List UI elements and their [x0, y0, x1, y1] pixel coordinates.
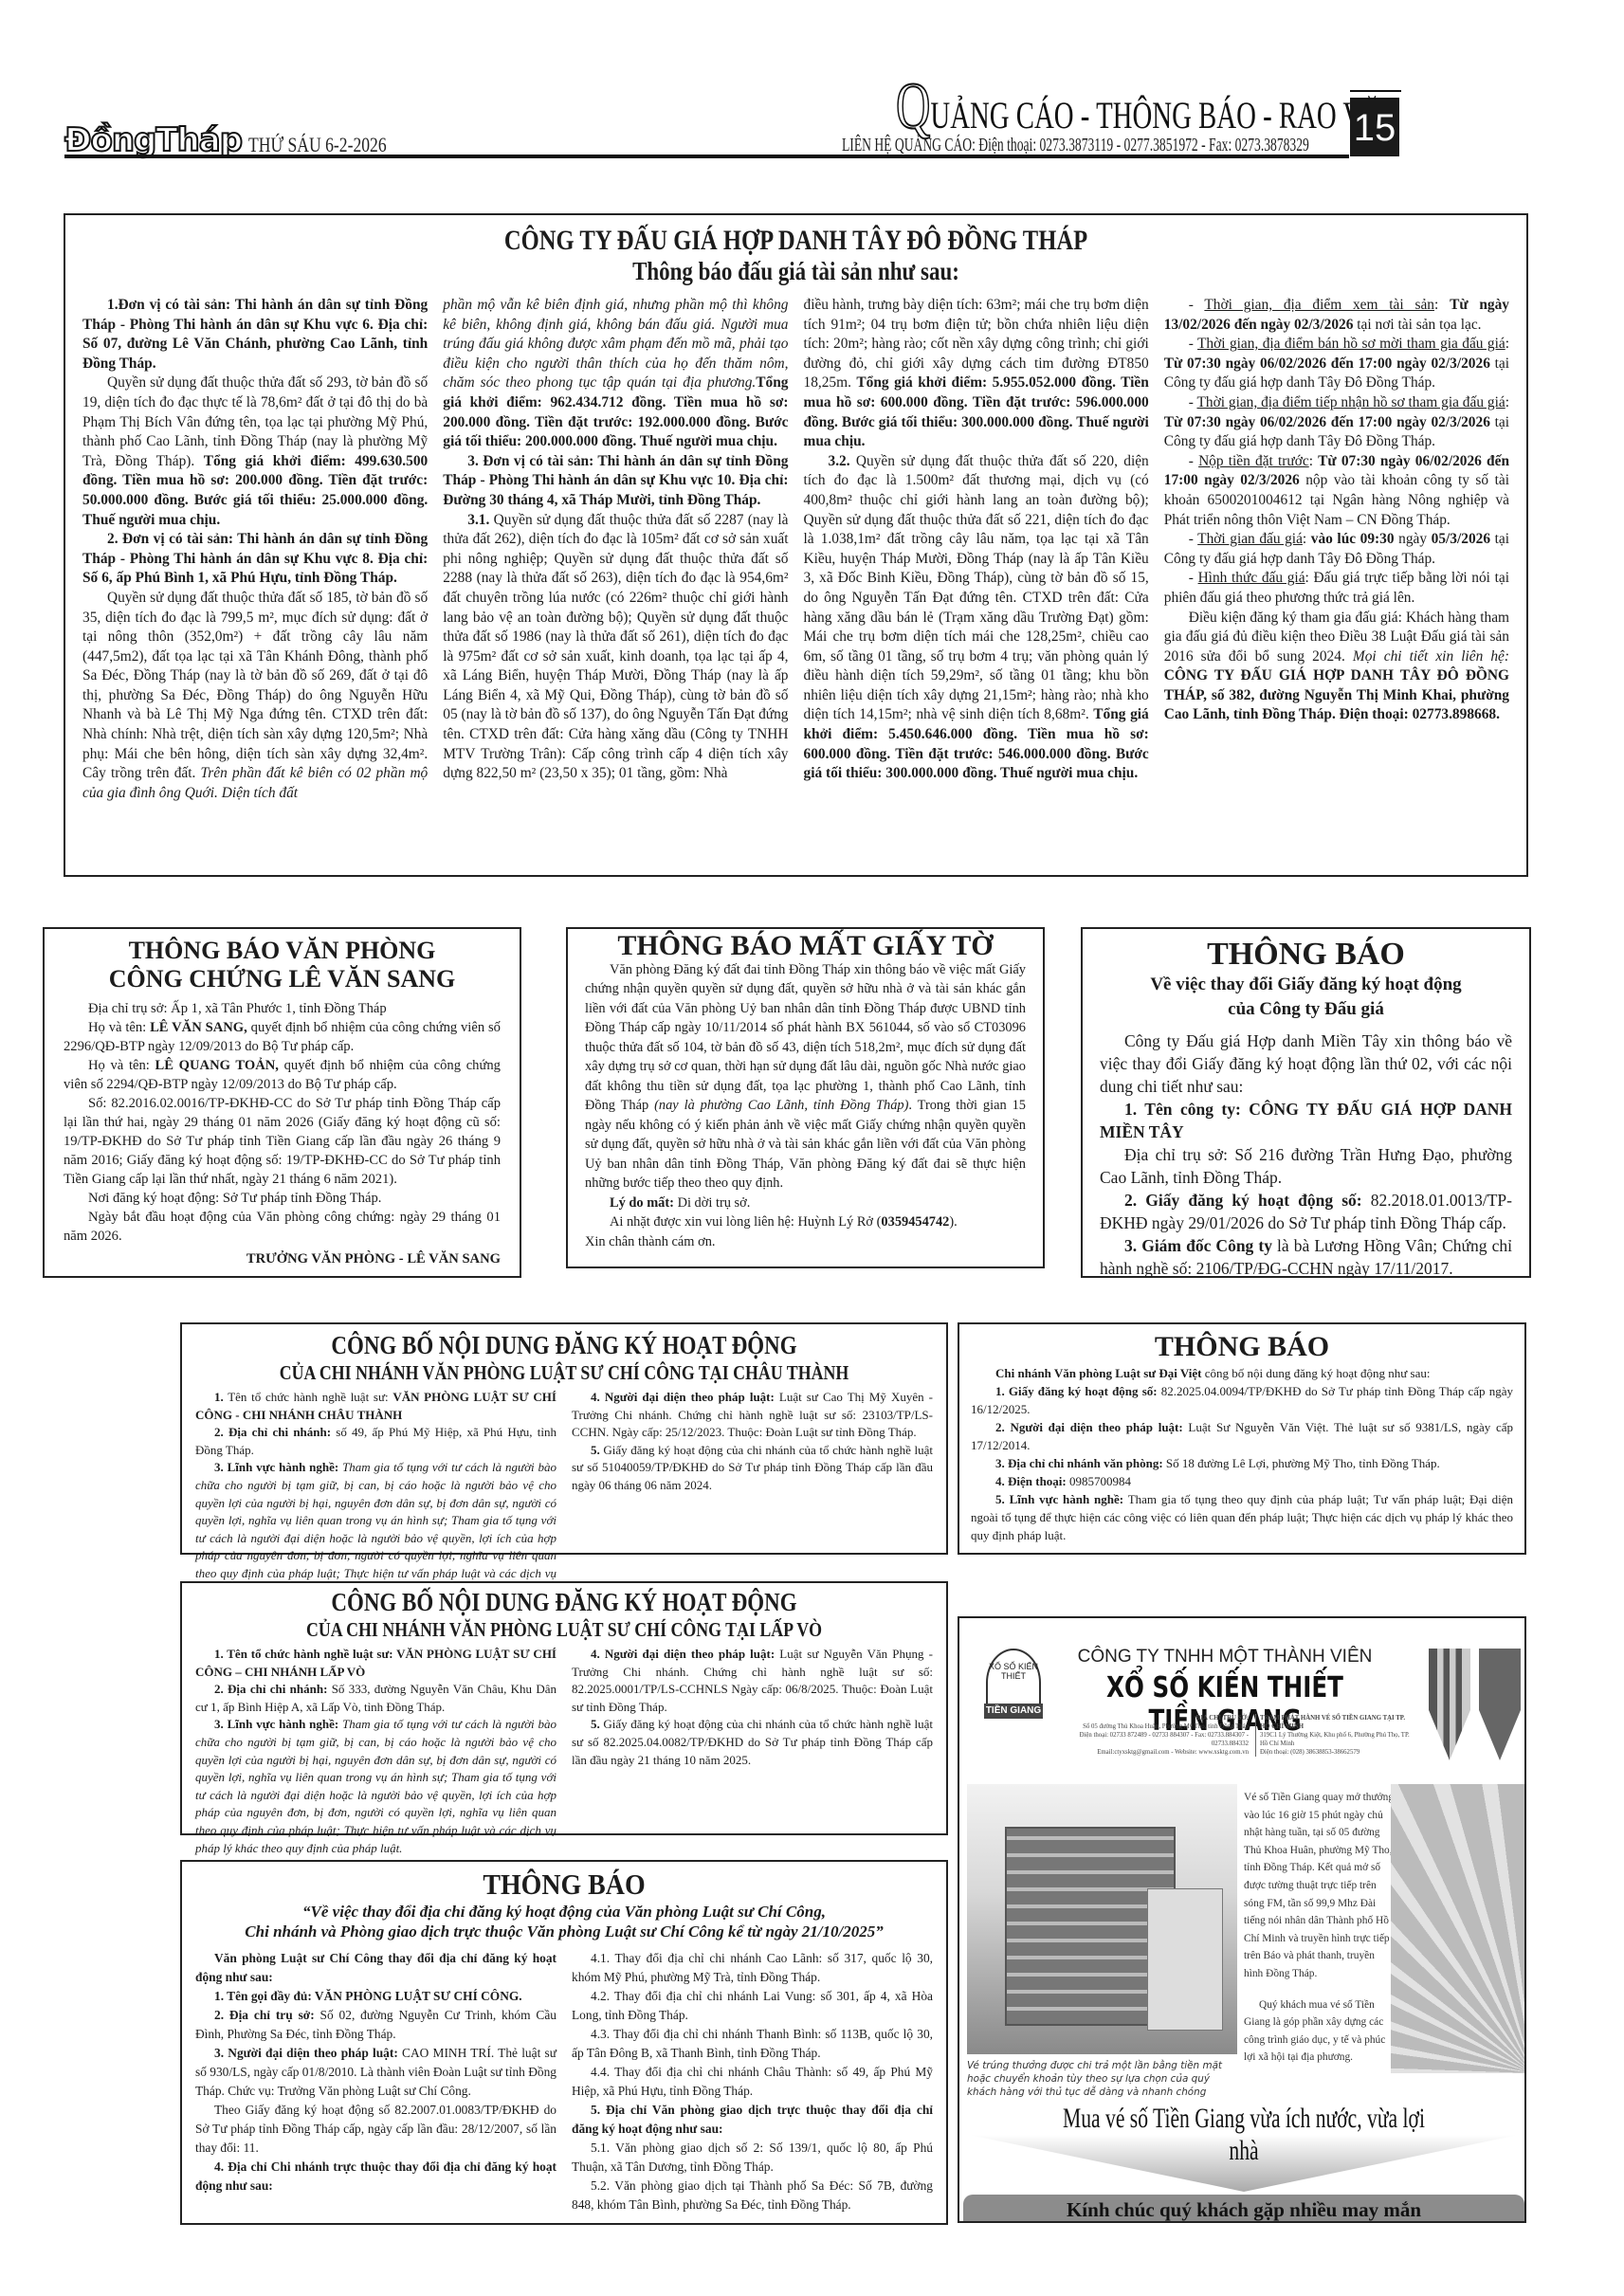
- auction-col-4: - Thời gian, địa điểm xem tài sản: Từ ng…: [1164, 296, 1509, 803]
- hq-address: Số 05 đường Thủ Khoa Huân, Phường Mỹ Tho…: [1064, 1722, 1249, 1731]
- lottery-body: Vé số Tiền Giang quay mở thưởng vào lúc …: [1244, 1789, 1396, 2067]
- change-subtitle-1: Về việc thay đổi Giấy đăng ký hoạt động: [1150, 975, 1461, 994]
- asset-3-1-continued: điều hành, trưng bày diện tích: 63m²; má…: [804, 296, 1149, 452]
- chau-thanh-title: CÔNG BỐ NỘI DUNG ĐĂNG KÝ HOẠT ĐỘNG: [250, 1330, 877, 1360]
- lv-item-5: 5. Giấy đăng ký hoạt động của chi nhánh …: [572, 1716, 933, 1769]
- cc-branch-chau-thanh: 4.4. Thay đổi địa chỉ chi nhánh Châu Thà…: [572, 2063, 933, 2101]
- cc-item-2: 2. Địa chỉ trụ sở: Số 02, đường Nguyễn C…: [195, 2006, 557, 2044]
- change-director: 3. Giám đốc Công ty là bà Lương Hồng Vân…: [1100, 1234, 1512, 1280]
- auction-col-3: điều hành, trưng bày diện tích: 63m²; má…: [804, 296, 1149, 803]
- auction-time: - Thời gian đấu giá: vào lúc 09:30 ngày …: [1164, 530, 1509, 569]
- cc-item-4: 4. Địa chỉ Chi nhánh trực thuộc thay đổi…: [195, 2158, 557, 2196]
- lottery-slogan: Mua vé số Tiền Giang vừa ích nước, vừa l…: [1046, 2103, 1442, 2167]
- chi-cong-address-change-notice: THÔNG BÁO “Về việc thay đổi địa chỉ đăng…: [180, 1860, 948, 2225]
- asset-3-2-label: 3.2.: [829, 453, 850, 469]
- auction-company-change-notice: THÔNG BÁO Về việc thay đổi Giấy đăng ký …: [1081, 927, 1531, 1278]
- dossier-receipt-schedule: - Thời gian, địa điểm tiếp nhận hồ sơ th…: [1164, 393, 1509, 452]
- dv-item-3-label: 3. Địa chỉ chi nhánh văn phòng:: [995, 1456, 1163, 1470]
- ct-item-5: 5. Giấy đăng ký hoạt động của chi nhánh …: [572, 1442, 933, 1495]
- ct-item-5-text: Giấy đăng ký hoạt động của chi nhánh của…: [572, 1443, 933, 1492]
- law-office-lap-vo-notice: CÔNG BỐ NỘI DUNG ĐĂNG KÝ HOẠT ĐỘNG CỦA C…: [180, 1581, 948, 1835]
- ct-item-4: 4. Người đại diện theo pháp luật: Luật s…: [572, 1389, 933, 1442]
- lost-contact-phone: 0359454742: [881, 1214, 949, 1230]
- lost-reason: Lý do mất: Di dời trụ sở.: [585, 1194, 1026, 1213]
- change-title: THÔNG BÁO: [1100, 937, 1512, 973]
- license-label: 2. Giấy đăng ký hoạt động số:: [1124, 1191, 1362, 1210]
- auction-subtitle: Thông báo đấu giá tài sản như sau:: [190, 257, 1402, 286]
- lost-contact-text: Ai nhặt được xin vui lòng liên hệ: Huỳnh…: [610, 1214, 881, 1230]
- lv-item-4: 4. Người đại diện theo pháp luật: Luật s…: [572, 1646, 933, 1716]
- cc-license: Theo Giấy đăng ký hoạt động số 82.2007.0…: [195, 2101, 557, 2158]
- auction-time-date: 05/3/2026: [1432, 531, 1490, 547]
- asset-3-2-desc: Quyền sử dụng đất thuộc thửa đất số 220,…: [804, 453, 1149, 723]
- lottery-payout-caption: Vé trúng thưởng được chi trả một lần bằn…: [967, 2059, 1242, 2099]
- section-initial: Q: [896, 70, 930, 143]
- lap-vo-body: 1. Tên tổ chức hành nghề luật sư: VĂN PH…: [195, 1646, 933, 1857]
- notary-license: Số: 82.2016.02.0016/TP-ĐKHĐ-CC do Sở Tư …: [64, 1094, 501, 1189]
- law-office-chau-thanh-notice: CÔNG BỐ NỘI DUNG ĐĂNG KÝ HOẠT ĐỘNG CỦA C…: [180, 1322, 948, 1555]
- auction-title: CÔNG TY ĐẤU GIÁ HỢP DANH TÂY ĐÔ ĐỒNG THÁ…: [210, 225, 1380, 257]
- dv-item-4-label: 4. Điện thoại:: [995, 1474, 1067, 1488]
- cc-branch-thanh-binh: 4.3. Thay đổi địa chỉ chi nhánh Thanh Bì…: [572, 2025, 933, 2063]
- logo-text: XỔ SỐ KIẾN THIẾT: [989, 1662, 1038, 1681]
- lottery-hq-info: ĐỊA CHỈ TRỤ SỞ: Số 05 đường Thủ Khoa Huâ…: [1064, 1714, 1249, 1757]
- asset-3-owner: 3. Đơn vị có tài sản: Thi hành án dân sự…: [443, 452, 788, 511]
- cc-branch-lai-vung: 4.2. Thay đổi địa chỉ chi nhánh Lai Vung…: [572, 1987, 933, 2025]
- hq-web: Email:ctyxsktg@gmail.com - Website: www.…: [1064, 1748, 1249, 1757]
- dv-item-1-label: 1. Giấy đăng ký hoạt động số:: [995, 1384, 1158, 1398]
- ct-item-3: 3. Lĩnh vực hành nghề: Tham gia tố tụng …: [195, 1459, 557, 1600]
- dai-viet-law-notice: THÔNG BÁO Chi nhánh Văn phòng Luật sư Đạ…: [958, 1322, 1526, 1555]
- chau-thanh-col-1: 1. Tên tổ chức hành nghề luật sư: VĂN PH…: [195, 1389, 557, 1600]
- auction-conditions: Điều kiện đăng ký tham gia đấu giá: Khác…: [1164, 609, 1509, 726]
- hq-phone: Điện thoại: 02733 872489 - 02733 884307 …: [1064, 1731, 1249, 1748]
- notary-registration-place: Nơi đăng ký hoạt động: Sở Tư pháp tỉnh Đ…: [64, 1189, 501, 1208]
- lap-vo-col-2: 4. Người đại diện theo pháp luật: Luật s…: [572, 1646, 933, 1857]
- lottery-logo: XỔ SỐ KIẾN THIẾTTIỀN GIANG: [986, 1649, 1041, 1717]
- lv-item-5-label: 5.: [591, 1717, 600, 1731]
- dossier-sale-dates: Từ 07:30 ngày 06/02/2026 đến 17:00 ngày …: [1164, 355, 1490, 372]
- dv-intro-text: công bố nội dung đăng ký hoạt động như s…: [1201, 1366, 1430, 1380]
- deposit-schedule: - Nộp tiền đặt trước: Từ 07:30 ngày 06/0…: [1164, 452, 1509, 530]
- notary-person-2: Họ và tên: LÊ QUANG TOẢN, quyết định bổ …: [64, 1056, 501, 1094]
- notary-title-2: CÔNG CHỨNG LÊ VĂN SANG: [64, 965, 501, 993]
- lost-docs-new-address: (nay là phường Cao Lãnh, tỉnh Đồng Tháp): [654, 1098, 908, 1113]
- cc-office-sa-dec: 5.2. Văn phòng giao dịch tại Thành phố S…: [572, 2177, 933, 2214]
- lottery-advertisement: XỔ SỐ KIẾN THIẾTTIỀN GIANG CÔNG TY TNHH …: [958, 1616, 1526, 2223]
- ct-item-1-label: 1.: [214, 1390, 224, 1404]
- asset-3-1-desc: Quyền sử dụng đất thuộc thửa đất số 2287…: [443, 512, 788, 782]
- auction-time-hour: vào lúc 09:30: [1311, 531, 1395, 547]
- ct-item-3-label: 3. Lĩnh vực hành nghề:: [214, 1460, 338, 1474]
- ct-item-4-label: 4. Người đại diện theo pháp luật:: [591, 1390, 775, 1404]
- asset-2-detail: Quyền sử dụng đất thuộc thửa đất số 185,…: [82, 589, 428, 804]
- notary-person-1: Họ và tên: LÊ VĂN SANG, quyết định bổ nh…: [64, 1018, 501, 1056]
- cc-item-1: 1. Tên gọi đầy đủ: VĂN PHÒNG LUẬT SƯ CHÍ…: [195, 1987, 557, 2006]
- dv-intro: Chi nhánh Văn phòng Luật sư Đại Việt côn…: [971, 1364, 1513, 1382]
- chau-thanh-body: 1. Tên tổ chức hành nghề luật sư: VĂN PH…: [195, 1389, 933, 1600]
- dossier-sale-label: Thời gian, địa điểm bán hồ sơ mời tham g…: [1197, 336, 1505, 352]
- slogan-banner: Mua vé số Tiền Giang vừa ích nước, vừa l…: [969, 2097, 1519, 2192]
- dv-item-3-text: Số 18 đường Lê Lợi, phường Mỹ Tho, tỉnh …: [1163, 1456, 1440, 1470]
- lottery-company-line-1: CÔNG TY TNHH MỘT THÀNH VIÊN: [1054, 1647, 1396, 1667]
- dv-item-5: 5. Lĩnh vực hành nghề: Tham gia tố tụng …: [971, 1490, 1513, 1544]
- dossier-sale-schedule: - Thời gian, địa điểm bán hồ sơ mời tham…: [1164, 335, 1509, 393]
- change-address: Địa chỉ trụ sở: Số 216 đường Trần Hưng Đ…: [1100, 1143, 1512, 1189]
- viewing-label: Thời gian, địa điểm xem tài sản: [1204, 297, 1434, 313]
- viewing-place: tại nơi tài sản tọa lạc.: [1353, 317, 1481, 333]
- cc-branch-cao-lanh: 4.1. Thay đổi địa chỉ chi nhánh Cao Lãnh…: [572, 1949, 933, 1987]
- auction-col-1: 1.Đơn vị có tài sản: Thi hành án dân sự …: [82, 296, 428, 803]
- asset-3-1-prices: Tổng giá khởi điểm: 5.955.052.000 đồng. …: [804, 374, 1149, 449]
- director-label: 3. Giám đốc Công ty: [1124, 1236, 1272, 1255]
- masthead-word-2: Tháp: [155, 121, 242, 159]
- chi-cong-title: THÔNG BÁO: [232, 1868, 896, 1902]
- ct-item-5-label: 5.: [591, 1443, 600, 1457]
- change-intro: Công ty Đấu giá Hợp danh Miền Tây xin th…: [1100, 1030, 1512, 1098]
- cc-item-5: 5. Địa chỉ Văn phòng giao dịch trực thuộ…: [572, 2101, 933, 2139]
- auction-columns: 1.Đơn vị có tài sản: Thi hành án dân sự …: [82, 296, 1509, 803]
- asset-3-1-label: 3.1.: [467, 512, 489, 528]
- lv-item-5-text: Giấy đăng ký hoạt động của chi nhánh của…: [572, 1717, 933, 1766]
- header-divider: [64, 155, 1349, 158]
- dv-firm-name: Chi nhánh Văn phòng Luật sư Đại Việt: [995, 1366, 1201, 1380]
- lost-documents-notice: THÔNG BÁO MẤT GIẤY TỜ Văn phòng Đăng ký …: [566, 927, 1045, 1268]
- section-title: QUẢNG CÁO - THÔNG BÁO - RAO VẶT: [896, 74, 1399, 140]
- name-label: Họ và tên:: [88, 1020, 150, 1035]
- asset-1-detail: Quyền sử dụng đất thuộc thửa đất số 293,…: [82, 374, 428, 530]
- notary-office-notice: THÔNG BÁO VĂN PHÒNG CÔNG CHỨNG LÊ VĂN SA…: [43, 927, 521, 1278]
- lv-item-4-label: 4. Người đại diện theo pháp luật:: [591, 1647, 775, 1661]
- lap-vo-title: CÔNG BỐ NỘI DUNG ĐĂNG KÝ HOẠT ĐỘNG: [250, 1587, 877, 1617]
- dv-item-3: 3. Địa chỉ chi nhánh văn phòng: Số 18 đư…: [971, 1454, 1513, 1472]
- notary-title-1: THÔNG BÁO VĂN PHÒNG: [64, 937, 501, 965]
- chi-cong-subtitle-2: Chi nhánh và Phòng giao dịch trực thuộc …: [195, 1922, 933, 1941]
- auction-method: - Hình thức đấu giá: Đấu giá trực tiếp b…: [1164, 569, 1509, 608]
- ct-item-1-text: Tên tổ chức hành nghề luật sư:: [224, 1390, 393, 1404]
- viewing-schedule: - Thời gian, địa điểm xem tài sản: Từ ng…: [1164, 296, 1509, 335]
- lap-vo-col-1: 1. Tên tổ chức hành nghề luật sư: VĂN PH…: [195, 1646, 557, 1857]
- lottery-tickets-fan-image: [1391, 1784, 1526, 2073]
- dv-item-1: 1. Giấy đăng ký hoạt động số: 82.2025.04…: [971, 1382, 1513, 1418]
- lost-contact-end: ).: [949, 1214, 957, 1230]
- auction-time-label: Thời gian đấu giá: [1197, 531, 1303, 547]
- asset-1-owner: 1.Đơn vị có tài sản: Thi hành án dân sự …: [82, 296, 428, 374]
- dv-item-2-label: 2. Người đại diện theo pháp luật:: [995, 1420, 1183, 1434]
- change-subtitle-2: của Công ty Đấu giá: [1228, 999, 1384, 1019]
- headquarters-photo: [967, 1784, 1237, 2054]
- dv-item-5-label: 5. Lĩnh vực hành nghề:: [995, 1492, 1123, 1506]
- lv-item-2-label: 2. Địa chỉ chi nhánh:: [214, 1682, 327, 1696]
- dv-phone: 0985700984: [1067, 1474, 1131, 1488]
- name-label: Họ và tên:: [88, 1058, 155, 1073]
- dv-item-4: 4. Điện thoại: 0985700984: [971, 1472, 1513, 1490]
- notary-start-date: Ngày bắt đầu hoạt động của Văn phòng côn…: [64, 1208, 501, 1246]
- auction-method-label: Hình thức đấu giá: [1198, 570, 1305, 586]
- lost-reason-text: Di dời trụ sở.: [674, 1195, 750, 1211]
- change-company-name: 1. Tên công ty: CÔNG TY ĐẤU GIÁ HỢP DANH…: [1100, 1098, 1512, 1143]
- section-title-text: UẢNG CÁO - THÔNG BÁO - RAO VẶT: [930, 94, 1398, 137]
- lv-item-1: 1. Tên tổ chức hành nghề luật sư: VĂN PH…: [195, 1646, 557, 1681]
- dossier-receipt-dates: Từ 07:30 ngày 06/02/2026 đến 17:00 ngày …: [1164, 414, 1490, 430]
- cc-item-2-label: 2. Địa chỉ trụ sở:: [214, 2008, 315, 2022]
- asset-2-continued: phần mộ vẫn kê biên định giá, nhưng phần…: [443, 296, 788, 452]
- hq-label: ĐỊA CHỈ TRỤ SỞ:: [1064, 1714, 1249, 1722]
- cc-intro: Văn phòng Luật sư Chí Công thay đổi địa …: [195, 1949, 557, 1987]
- change-subtitle: Về việc thay đổi Giấy đăng ký hoạt độngc…: [1100, 973, 1512, 1022]
- ad-contact-line: LIÊN HỆ QUẢNG CÁO: Điện thoại: 0273.3873…: [842, 135, 1309, 156]
- dossier-receipt-label: Thời gian, địa điểm tiếp nhận hồ sơ tham…: [1196, 394, 1505, 410]
- lottery-purpose: Quý khách mua vé số Tiền Giang là góp ph…: [1244, 1996, 1396, 2067]
- page-number-rule: [1350, 90, 1401, 92]
- ct-item-2-label: 2. Địa chỉ chi nhánh:: [214, 1425, 331, 1439]
- lottery-greeting: Kính chúc quý khách gặp nhiều may mắn: [963, 2195, 1524, 2223]
- notary-name-2: LÊ QUANG TOẢN,: [155, 1058, 279, 1073]
- lv-item-3: 3. Lĩnh vực hành nghề: Tham gia tố tụng …: [195, 1716, 557, 1857]
- page-number: 15: [1350, 98, 1399, 156]
- lost-docs-text: Văn phòng Đăng ký đất đai tỉnh Đồng Tháp…: [585, 962, 1026, 1114]
- change-license: 2. Giấy đăng ký hoạt động số: 82.2018.01…: [1100, 1189, 1512, 1234]
- cc-office-2: 5.1. Văn phòng giao dịch số 2: Số 139/1,…: [572, 2139, 933, 2177]
- lost-docs-body: Văn phòng Đăng ký đất đai tỉnh Đồng Tháp…: [585, 960, 1026, 1194]
- asset-2-owner: 2. Đơn vị có tài sản: Thi hành án dân sự…: [82, 530, 428, 589]
- asset-2-desc: Quyền sử dụng đất thuộc thửa đất số 185,…: [82, 590, 428, 781]
- lottery-draw-info: Vé số Tiền Giang quay mở thưởng vào lúc …: [1244, 1789, 1396, 1983]
- lv-item-3-label: 3. Lĩnh vực hành nghề:: [214, 1717, 338, 1731]
- lv-item-3-text: Tham gia tố tụng với tư cách là người bà…: [195, 1717, 557, 1854]
- chi-cong-col-2: 4.1. Thay đổi địa chỉ chi nhánh Cao Lãnh…: [572, 1949, 933, 2214]
- ct-item-2: 2. Địa chỉ chi nhánh: số 49, ấp Phú Mỹ H…: [195, 1424, 557, 1459]
- auction-time-sep: ngày: [1395, 531, 1432, 547]
- chau-thanh-col-2: 4. Người đại diện theo pháp luật: Luật s…: [572, 1389, 933, 1600]
- hcm-label: TRẠM PHÁT HÀNH VÉ SỐ TIỀN GIANG TẠI TP. …: [1260, 1714, 1416, 1731]
- hcm-address: 319C1 Lý Thường Kiệt, Khu phố 6, Phường …: [1260, 1731, 1416, 1748]
- cc-item-3-label: 3. Người đại diện theo pháp luật:: [214, 2046, 398, 2060]
- chi-cong-subtitle-1: “Về việc thay đổi địa chỉ đăng ký hoạt đ…: [195, 1902, 933, 1922]
- logo-tag: TIỀN GIANG: [984, 1704, 1043, 1719]
- lost-thanks: Xin chân thành cám ơn.: [585, 1232, 1026, 1252]
- lost-contact: Ai nhặt được xin vui lòng liên hệ: Huỳnh…: [585, 1212, 1026, 1232]
- asset-3-2-detail: 3.2. Quyền sử dụng đất thuộc thửa đất số…: [804, 452, 1149, 784]
- hcm-phone: Điện thoại: (028) 38638853-38662579: [1260, 1748, 1416, 1757]
- masthead-logo: ĐồngTháp: [64, 121, 242, 159]
- notary-name-1: LÊ VĂN SANG,: [150, 1020, 247, 1035]
- masthead-word-1: Đồng: [64, 121, 155, 159]
- dv-item-2: 2. Người đại diện theo pháp luật: Luật S…: [971, 1418, 1513, 1454]
- lost-reason-label: Lý do mất:: [610, 1195, 674, 1211]
- contact-intro: Mọi chi tiết xin liên hệ:: [1353, 648, 1509, 665]
- asset-3-1-detail: 3.1. Quyền sử dụng đất thuộc thửa đất số…: [443, 511, 788, 784]
- medal-icon: [1429, 1649, 1470, 1760]
- ct-item-3-text: Tham gia tố tụng với tư cách là người bà…: [195, 1460, 557, 1597]
- dai-viet-title: THÔNG BÁO: [971, 1330, 1513, 1364]
- lottery-hcm-info: TRẠM PHÁT HÀNH VÉ SỐ TIỀN GIANG TẠI TP. …: [1255, 1714, 1416, 1757]
- medal-icon: [1479, 1649, 1521, 1760]
- notary-signature: TRƯỞNG VĂN PHÒNG - LÊ VĂN SANG: [64, 1249, 501, 1268]
- chi-cong-col-1: Văn phòng Luật sư Chí Công thay đổi địa …: [195, 1949, 557, 2214]
- lost-docs-title: THÔNG BÁO MẤT GIẤY TỜ: [585, 937, 1026, 957]
- chau-thanh-subtitle: CỦA CHI NHÁNH VĂN PHÒNG LUẬT SƯ CHÍ CÔNG…: [250, 1360, 877, 1385]
- lv-item-2: 2. Địa chỉ chi nhánh: Số 333, đường Nguy…: [195, 1681, 557, 1716]
- deposit-label: Nộp tiền đặt trước: [1198, 453, 1309, 469]
- building-annex-graphic: [1147, 1888, 1223, 2031]
- ct-item-1: 1. Tên tổ chức hành nghề luật sư: VĂN PH…: [195, 1389, 557, 1424]
- auction-notice: CÔNG TY ĐẤU GIÁ HỢP DANH TÂY ĐÔ ĐỒNG THÁ…: [64, 213, 1528, 877]
- notary-address: Địa chỉ trụ sở: Ấp 1, xã Tân Phước 1, tỉ…: [64, 999, 501, 1018]
- asset-2-grave-note: phần mộ vẫn kê biên định giá, nhưng phần…: [443, 297, 788, 391]
- auction-col-2: phần mộ vẫn kê biên định giá, nhưng phần…: [443, 296, 788, 803]
- auction-company-contact: CÔNG TY ĐẤU GIÁ HỢP DANH TÂY ĐÔ ĐỒNG THÁ…: [1164, 667, 1509, 722]
- lap-vo-subtitle: CỦA CHI NHÁNH VĂN PHÒNG LUẬT SƯ CHÍ CÔNG…: [250, 1617, 877, 1642]
- cc-item-3: 3. Người đại diện theo pháp luật: CAO MI…: [195, 2044, 557, 2101]
- chi-cong-body: Văn phòng Luật sư Chí Công thay đổi địa …: [195, 1949, 933, 2214]
